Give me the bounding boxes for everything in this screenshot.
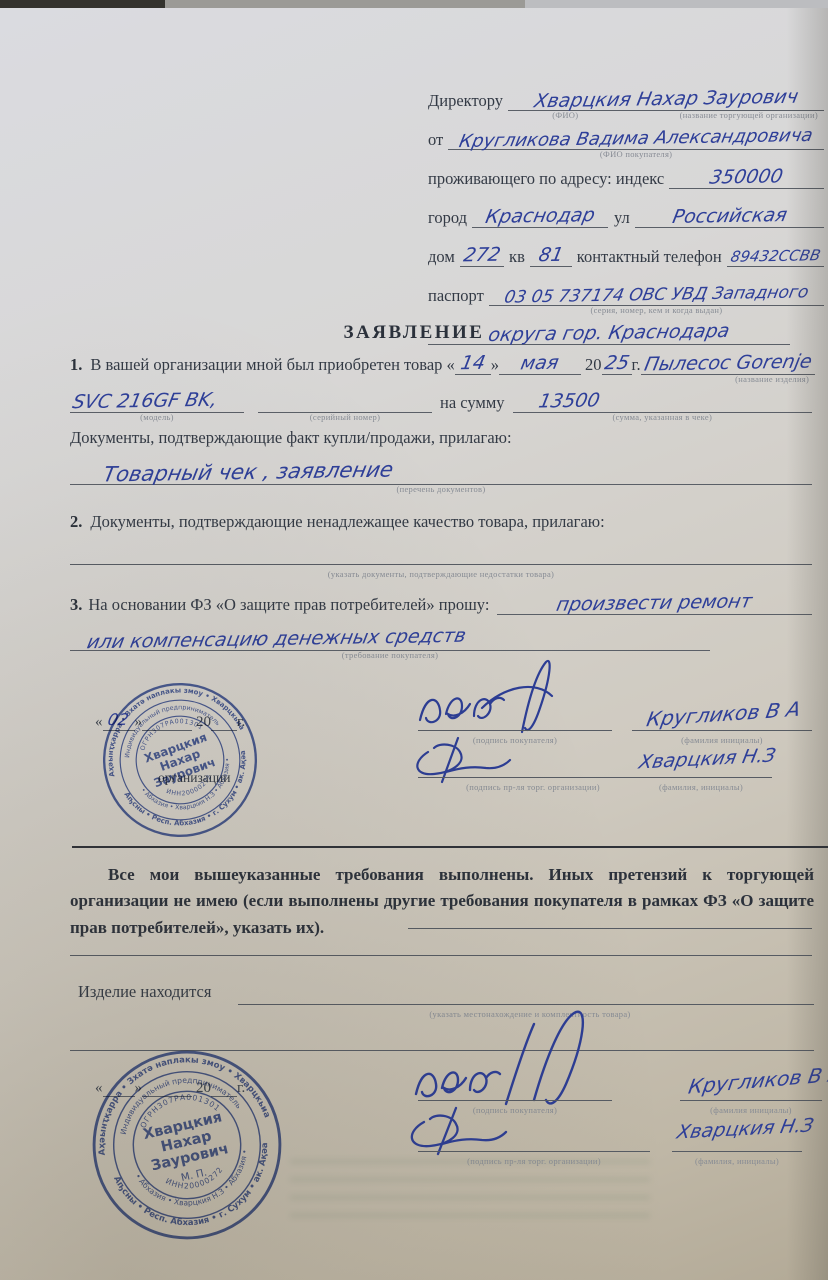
buyer-signature-2: [406, 1008, 656, 1108]
item1-number: 1.: [70, 355, 90, 375]
closing-paragraph: Все мои вышеуказанные требования выполне…: [70, 862, 814, 941]
photographed-claim-form: { "page": { "title": "ЗАЯВЛЕНИЕ" }, "hea…: [0, 0, 828, 1280]
phone-handwritten: 89432ССВВ: [729, 246, 822, 266]
seller-sign-hint-2: (подпись пр-ля торг. организации): [418, 1156, 650, 1166]
sum-hint: (сумма, указанная в чеке): [513, 412, 812, 422]
year-g: г.: [632, 355, 641, 375]
buyer-sign-line-2: [418, 1100, 612, 1101]
location-label: Изделие находится: [78, 982, 211, 1002]
page-title: ЗАЯВЛЕНИЕ: [0, 322, 828, 344]
city-label: город: [428, 208, 472, 228]
year-handwritten: 25: [602, 352, 631, 374]
product-hint: (название изделия): [735, 374, 809, 384]
seller-sign-line-2: [418, 1151, 650, 1152]
item1-line1: 1. В вашей организации мной был приобрет…: [70, 352, 812, 375]
director-row: Директору Хварцкия Нахар Заурович (ФИО) …: [428, 85, 824, 111]
location-line: [238, 1004, 814, 1005]
house-label: дом: [428, 247, 460, 267]
seller-signature-2: [400, 1106, 550, 1156]
item1-docs-value-line: Товарный чек , заявление (перечень докум…: [70, 460, 812, 485]
sum-label: на сумму: [432, 393, 513, 413]
model-handwritten: SVC 216GF BK,: [71, 389, 220, 414]
day-handwritten: 14: [459, 352, 488, 374]
buyer-name-hint-2: (фамилия инициалы): [680, 1105, 822, 1115]
buyer-name-1: Кругликов В А: [648, 702, 799, 726]
quote-close: »: [491, 355, 499, 375]
item2-text: Документы, подтверждающие ненадлежащее к…: [90, 512, 604, 532]
round-stamp-top: Аҳәынҭқарра • Зхатә наплакы змоу • Хварц…: [77, 657, 282, 862]
request2-handwritten: или компенсацию денежных средств: [85, 625, 468, 654]
item3-number: 3.: [70, 595, 88, 615]
item2-number: 2.: [70, 512, 90, 532]
header-block: Директору Хварцкия Нахар Заурович (ФИО) …: [428, 72, 824, 345]
passport-handwritten: 03 05 737174 ОВС УВД Западного: [502, 282, 810, 307]
house-number-handwritten: 272: [462, 244, 503, 267]
item3-line2: или компенсацию денежных средств (требов…: [70, 628, 812, 651]
seller-name-1: Хварцкия Н.З: [640, 748, 775, 770]
docs-label: Документы, подтверждающие факт купли/про…: [70, 428, 512, 448]
from-row: от Кругликова Вадима Александровича (ФИО…: [428, 124, 824, 150]
passport-label: паспорт: [428, 286, 489, 306]
year-prefix: 20: [581, 355, 602, 375]
seller-name-line-1: [630, 777, 772, 778]
street-handwritten: Российская: [670, 204, 788, 228]
buyer-name-line-2: [680, 1100, 822, 1101]
docs-hint: (перечень документов): [70, 484, 812, 494]
buyer-name-hint-1: (фамилия инициалы): [632, 735, 812, 745]
apt-label: кв: [504, 247, 530, 267]
paper-sheet: Директору Хварцкия Нахар Заурович (ФИО) …: [0, 8, 828, 1280]
item1-line2: SVC 216GF BK, (модель) (серийный номер) …: [70, 390, 812, 413]
serial-hint: (серийный номер): [258, 412, 432, 422]
house-row: дом 272 кв 81 контактный телефон 89432СС…: [428, 241, 824, 267]
fio-buyer-hint: (ФИО покупателя): [448, 149, 824, 159]
item2-line: 2. Документы, подтверждающие ненадлежаще…: [70, 512, 812, 532]
closing-trailing-line: [408, 928, 812, 929]
section-divider: [72, 846, 828, 848]
from-label: от: [428, 130, 448, 150]
seller-name-line-2: [672, 1151, 802, 1152]
closing-blank-line: [70, 955, 812, 956]
item2-hint: (указать документы, подтверждающие недос…: [70, 569, 812, 579]
seller-name-2: Хварцкия Н.З: [678, 1118, 813, 1140]
city-row: город Краснодар ул Российская: [428, 202, 824, 228]
director-name-handwritten: Хварцкия Нахар Заурович: [532, 86, 800, 113]
postal-index-handwritten: 350000: [708, 165, 785, 188]
seller-name-hint-1: (фамилия, инициалы): [630, 782, 772, 792]
buyer-name-2: Кругликов В А: [690, 1068, 828, 1092]
director-label: Директору: [428, 91, 508, 111]
city-handwritten: Краснодар: [483, 204, 596, 228]
apt-number-handwritten: 81: [537, 244, 566, 266]
phone-label: контактный телефон: [572, 247, 727, 267]
ink-bleed-through: [290, 1158, 650, 1218]
item1-docs-label-line: Документы, подтверждающие факт купли/про…: [70, 428, 812, 448]
product-handwritten: Пылесос Gorenje: [642, 351, 813, 376]
buyer-signature-1: [412, 656, 624, 736]
passport-row: паспорт 03 05 737174 ОВС УВД Западного (…: [428, 280, 824, 306]
round-stamp-bottom: Аҳәынҭқарра • Зхатә наплакы змоу • Хварц…: [69, 1027, 304, 1262]
model-hint: (модель): [70, 412, 244, 422]
item3-line1: 3. На основании ФЗ «О защите прав потреб…: [70, 592, 812, 615]
street-label: ул: [608, 208, 635, 228]
buyer-fullname-handwritten: Кругликова Вадима Александровича: [457, 125, 814, 152]
buyer-name-line-1: [632, 730, 812, 731]
item3-text: На основании ФЗ «О защите прав потребите…: [88, 595, 489, 615]
sum-handwritten: 13500: [536, 389, 601, 412]
address-label: проживающего по адресу: индекс: [428, 169, 669, 189]
seller-sign-line-1: [418, 777, 648, 778]
buyer-sign-line-1: [418, 730, 612, 731]
seller-sign-hint-1: (подпись пр-ля торг. организации): [418, 782, 648, 792]
org-hint: (название торгующей организации): [680, 110, 818, 120]
month-handwritten: мая: [519, 352, 561, 375]
address-row: проживающего по адресу: индекс 350000: [428, 163, 824, 189]
docs-handwritten: Товарный чек , заявление: [101, 457, 395, 486]
item1-text: В вашей организации мной был приобретен …: [90, 355, 454, 375]
passport-hint: (серия, номер, кем и когда выдан): [489, 305, 824, 315]
request1-handwritten: произвести ремонт: [555, 590, 755, 615]
seller-name-hint-2: (фамилия, инициалы): [672, 1156, 802, 1166]
item2-blank-line: [70, 564, 812, 565]
